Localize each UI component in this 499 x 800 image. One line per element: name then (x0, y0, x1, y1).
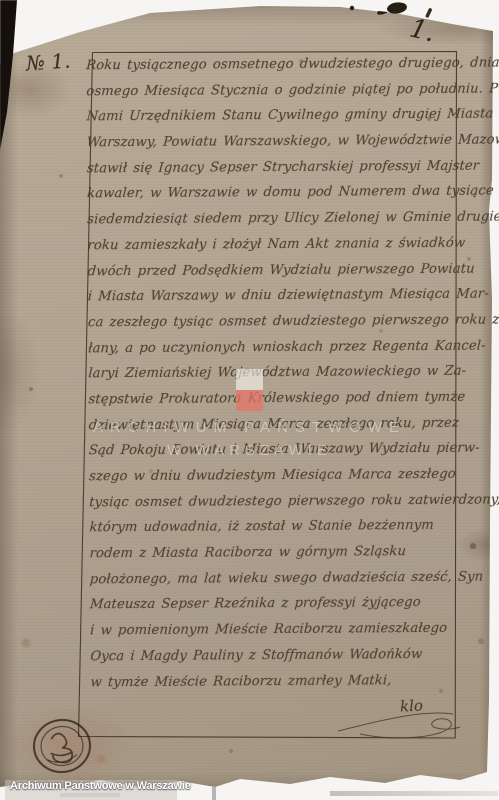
polish-flag-watermark-red-icon (236, 390, 263, 411)
footer-caption-band: Archiwum Państwowe w Warszawie (5, 780, 177, 800)
fox-spots (0, 0, 2, 2)
handwritten-act-text: Roku tysiącznego osmsetnego dwudziestego… (86, 56, 458, 701)
act-number: № 1. (25, 48, 71, 75)
polish-flag-watermark-white-icon (236, 369, 263, 390)
handwritten-line: w tymże Mieście Raciborzu zmarłey Matki, (89, 672, 459, 700)
handwritten-line: ca zeszłego tysiąc osmset dwudziestego p… (87, 313, 457, 341)
catchword-flourish (338, 713, 460, 738)
handwritten-line: Oyca i Magdy Pauliny z Stoffmanów Wadońk… (89, 647, 459, 675)
handwritten-line: Nami Urzędnikiem Stanu Cywilnego gminy d… (85, 107, 455, 135)
handwritten-line: laryi Ziemiańskiej Województwa Mazowieck… (87, 364, 457, 392)
scanned-document-page: № 1. 1. Roku tysiącznego osmsetnego dwud… (0, 0, 499, 800)
catchword: klo (400, 696, 424, 715)
scanner-mark (212, 787, 216, 800)
handwritten-line: łany, a po uczynionych wnioskach przez R… (87, 338, 457, 366)
handwritten-line: i w pomienionym Mieście Raciborzu zamies… (89, 621, 459, 649)
handwritten-line: roku zamieszkały i złożył Nam Akt znania… (86, 236, 456, 264)
handwritten-line: stępstwie Prokuratora Królewskiego pod d… (87, 390, 457, 418)
handwritten-line: szego w dniu dwudziestym Miesiąca Marca … (88, 467, 458, 495)
handwritten-line: dwóch przed Podsędkiem Wydziału pierwsze… (86, 261, 456, 289)
watermark-text-line2: W WARSZAWIE (0, 442, 499, 459)
handwritten-line: położonego, ma lat wieku swego dwadzieśc… (89, 569, 459, 597)
handwritten-line: którym udowadnia, iż został w Stanie bez… (88, 518, 458, 546)
handwritten-line: Roku tysiącznego osmsetnego dwudziestego… (85, 56, 455, 84)
handwritten-line: i Miasta Warszawy w dniu dziewiętnastym … (87, 287, 457, 315)
handwritten-line: siedemdziesiąt siedem przy Ulicy Zielone… (86, 210, 456, 238)
handwritten-line: stawił się Ignacy Sepser Strycharskiej p… (86, 158, 456, 186)
handwritten-line: rodem z Miasta Raciborza w górnym Szląsk… (88, 544, 458, 572)
handwritten-line: kawaler, w Warszawie w domu pod Numerem … (86, 184, 456, 212)
scanner-shadow (330, 791, 498, 796)
watermark-text-line1: ARCHIWUM PAŃSTWOWE (0, 419, 499, 436)
archive-stamp-icon (31, 717, 92, 775)
handwritten-line: osmego Miesiąca Stycznia o godzinie piąt… (85, 81, 455, 109)
handwritten-line: tysiąc osmset dwudziestego pierwszego ro… (88, 492, 458, 520)
handwritten-line: Warszawy, Powiatu Warszawskiego, w Wojew… (86, 133, 456, 161)
handwritten-line: Mateusza Sepser Rzeźnika z professyi żyj… (89, 595, 459, 623)
footer-caption-text: Archiwum Państwowe w Warszawie (5, 780, 177, 792)
